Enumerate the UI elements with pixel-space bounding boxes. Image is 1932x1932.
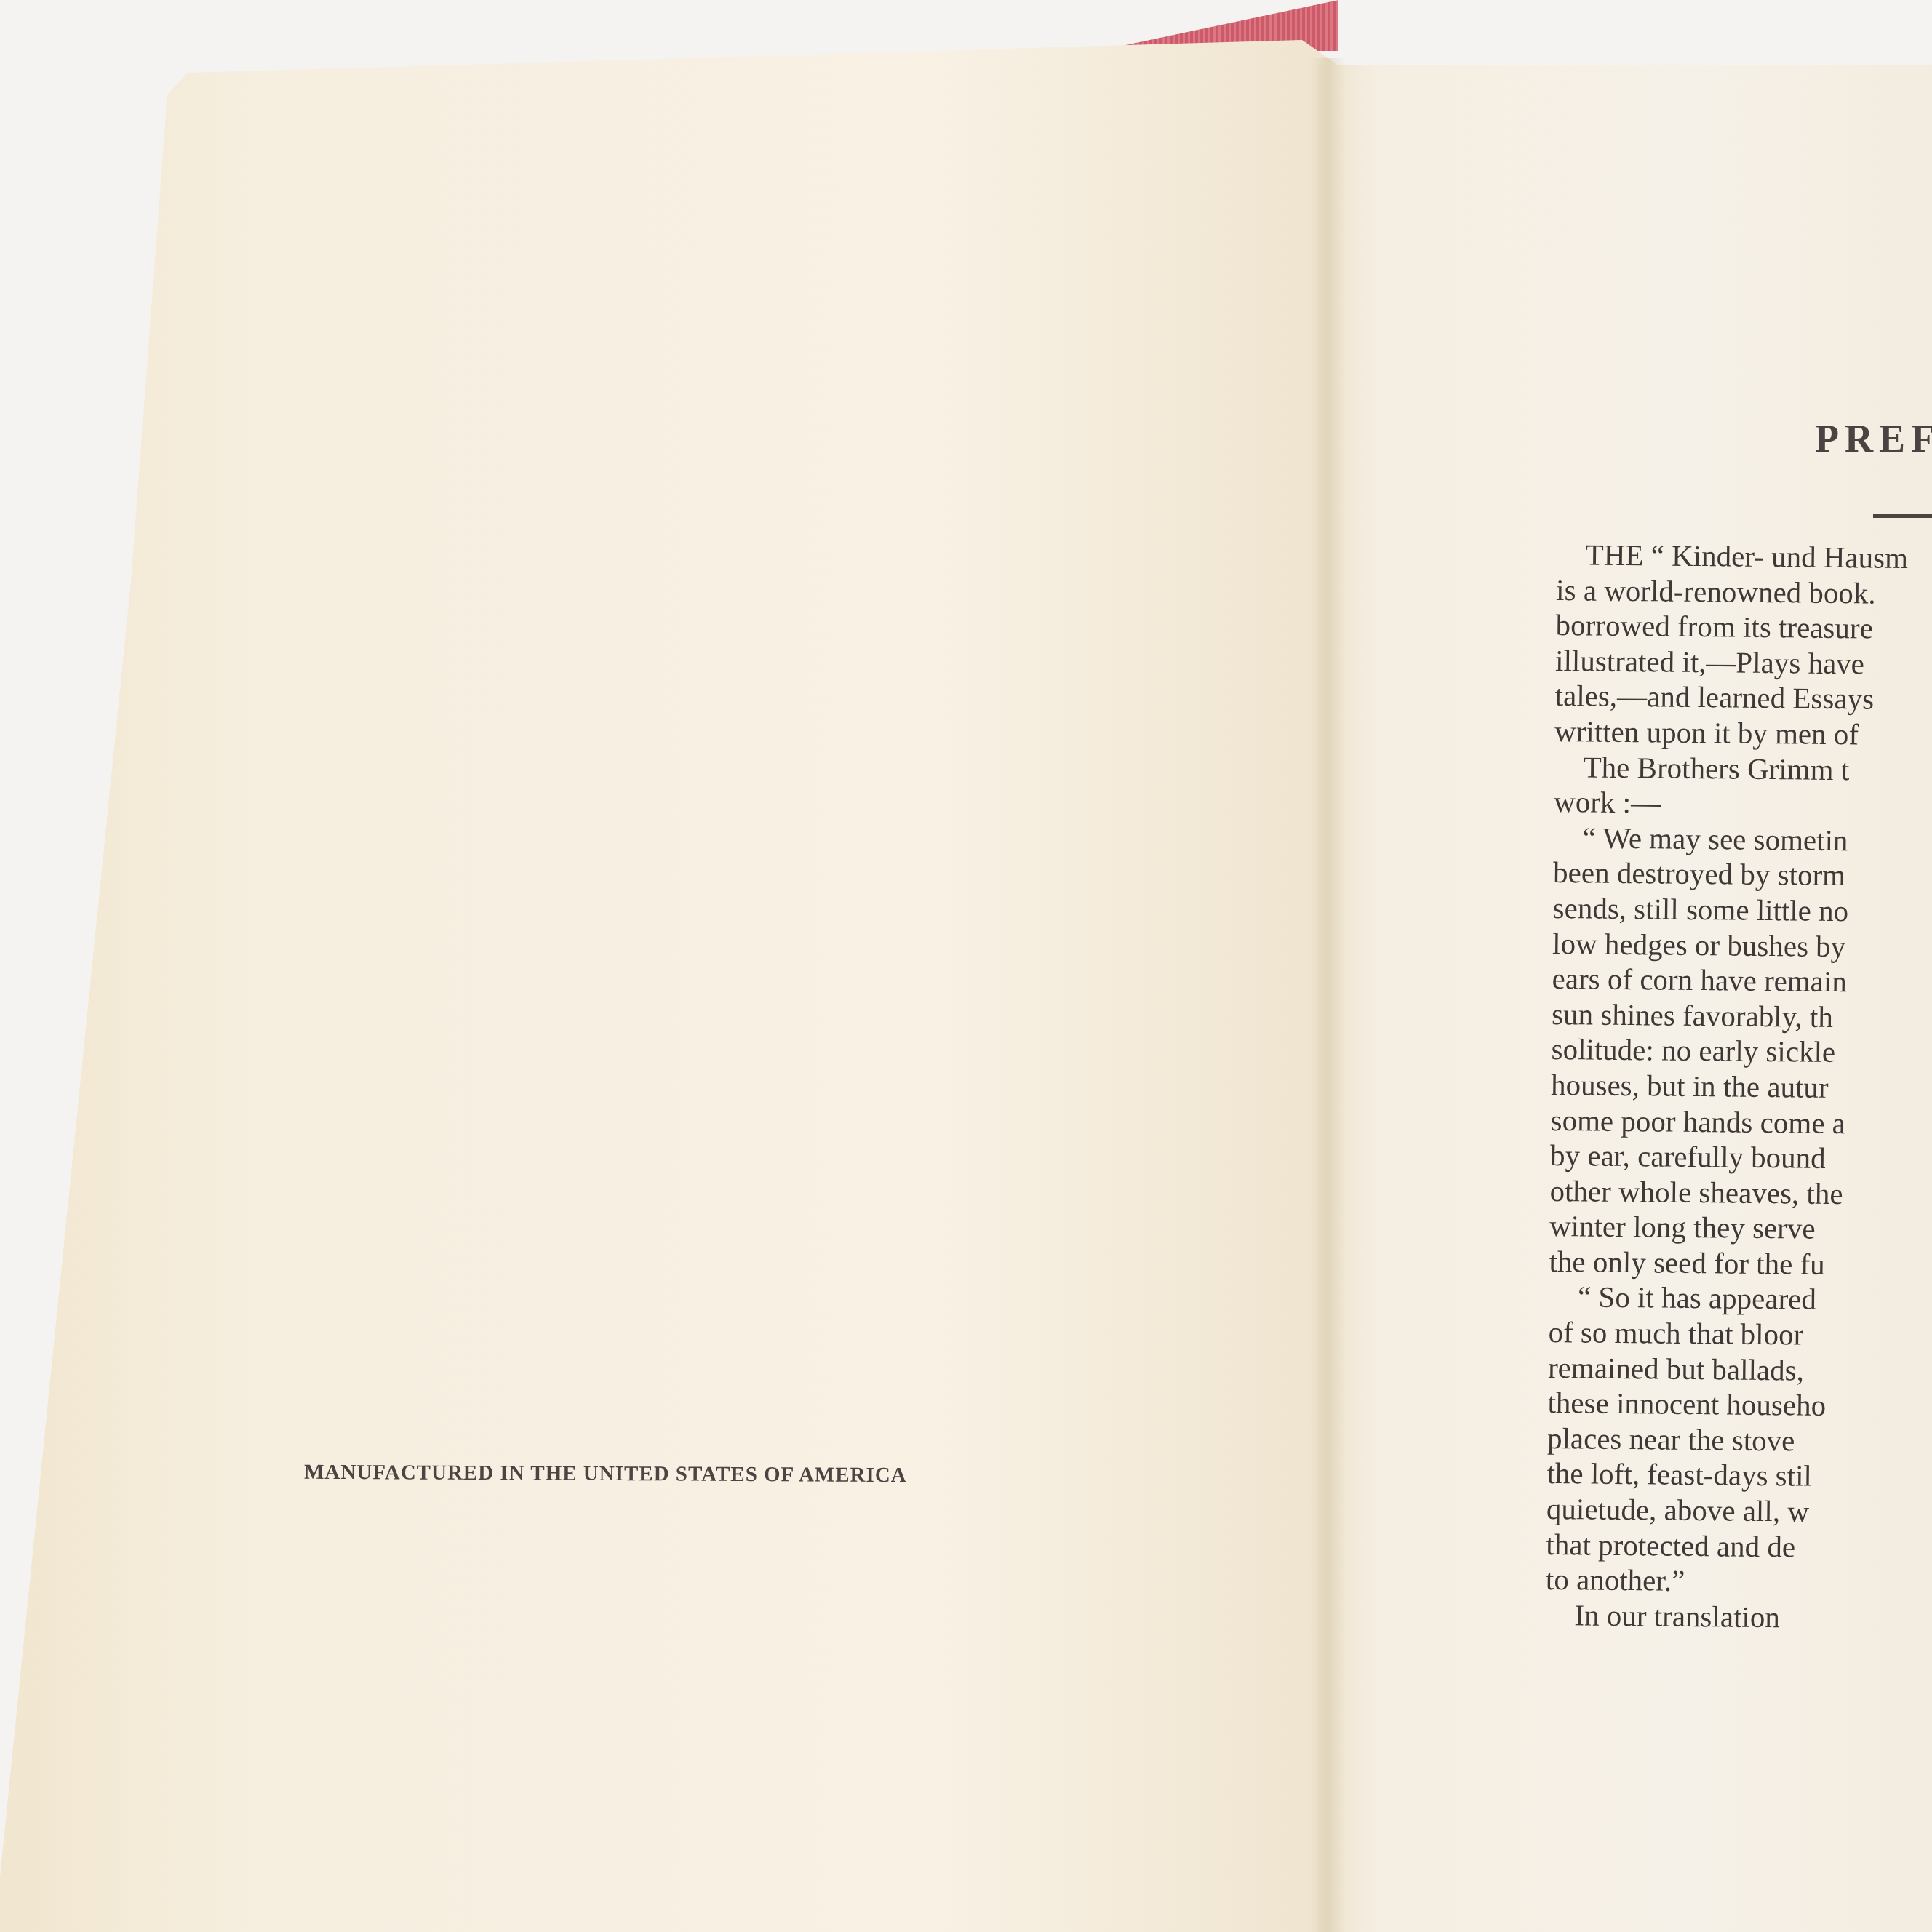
text-line: tales,—and learned Essays [1554, 678, 1932, 719]
text-line: written upon it by men of [1554, 714, 1932, 754]
text-line: illustrated it,—Plays have [1555, 643, 1932, 684]
text-line: borrowed from its treasure [1555, 607, 1932, 648]
text-line: remained but ballads, [1548, 1350, 1932, 1391]
text-line: The Brothers Grimm t [1554, 749, 1932, 790]
left-page [0, 0, 1338, 1932]
text-line: work :— [1554, 784, 1932, 825]
text-line: houses, but in the autur [1551, 1067, 1932, 1108]
heading-rule [1873, 514, 1932, 518]
text-line: low hedges or bushes by [1552, 926, 1932, 967]
preface-body: THE “ Kinder- und Hausm is a world-renow… [1545, 537, 1932, 1638]
text-line: winter long they serve [1549, 1208, 1932, 1249]
text-line: quietude, above all, w [1546, 1491, 1932, 1532]
text-line: solitude: no early sickle [1551, 1031, 1932, 1072]
text-line: In our translation [1545, 1597, 1932, 1638]
text-line: “ We may see sometin [1553, 820, 1932, 861]
text-line: by ear, carefully bound [1550, 1138, 1932, 1178]
text-line: of so much that bloor [1548, 1314, 1932, 1355]
text-line: to another.” [1546, 1562, 1932, 1602]
text-line: ears of corn have remain [1552, 961, 1932, 1002]
text-line: “ So it has appeared [1549, 1279, 1932, 1320]
text-line: other whole sheaves, the [1549, 1173, 1932, 1214]
text-line: the only seed for the fu [1549, 1244, 1932, 1285]
imprint-line: MANUFACTURED IN THE UNITED STATES OF AME… [304, 1461, 907, 1488]
preface-heading: PREF [1815, 416, 1932, 461]
text-line: sun shines favorably, th [1552, 997, 1932, 1037]
book-gutter [1309, 58, 1346, 1932]
text-line: these innocent househo [1547, 1385, 1932, 1426]
text-line: sends, still some little no [1552, 890, 1932, 931]
text-line: that protected and de [1546, 1527, 1932, 1568]
text-line: THE “ Kinder- und Hausm [1556, 537, 1932, 578]
text-line: some poor hands come a [1550, 1102, 1932, 1143]
text-line: the loft, feast-days stil [1546, 1456, 1932, 1496]
text-line: is a world-renowned book. [1556, 572, 1932, 613]
text-line: been destroyed by storm [1553, 855, 1932, 895]
text-line: places near the stove [1547, 1421, 1932, 1461]
